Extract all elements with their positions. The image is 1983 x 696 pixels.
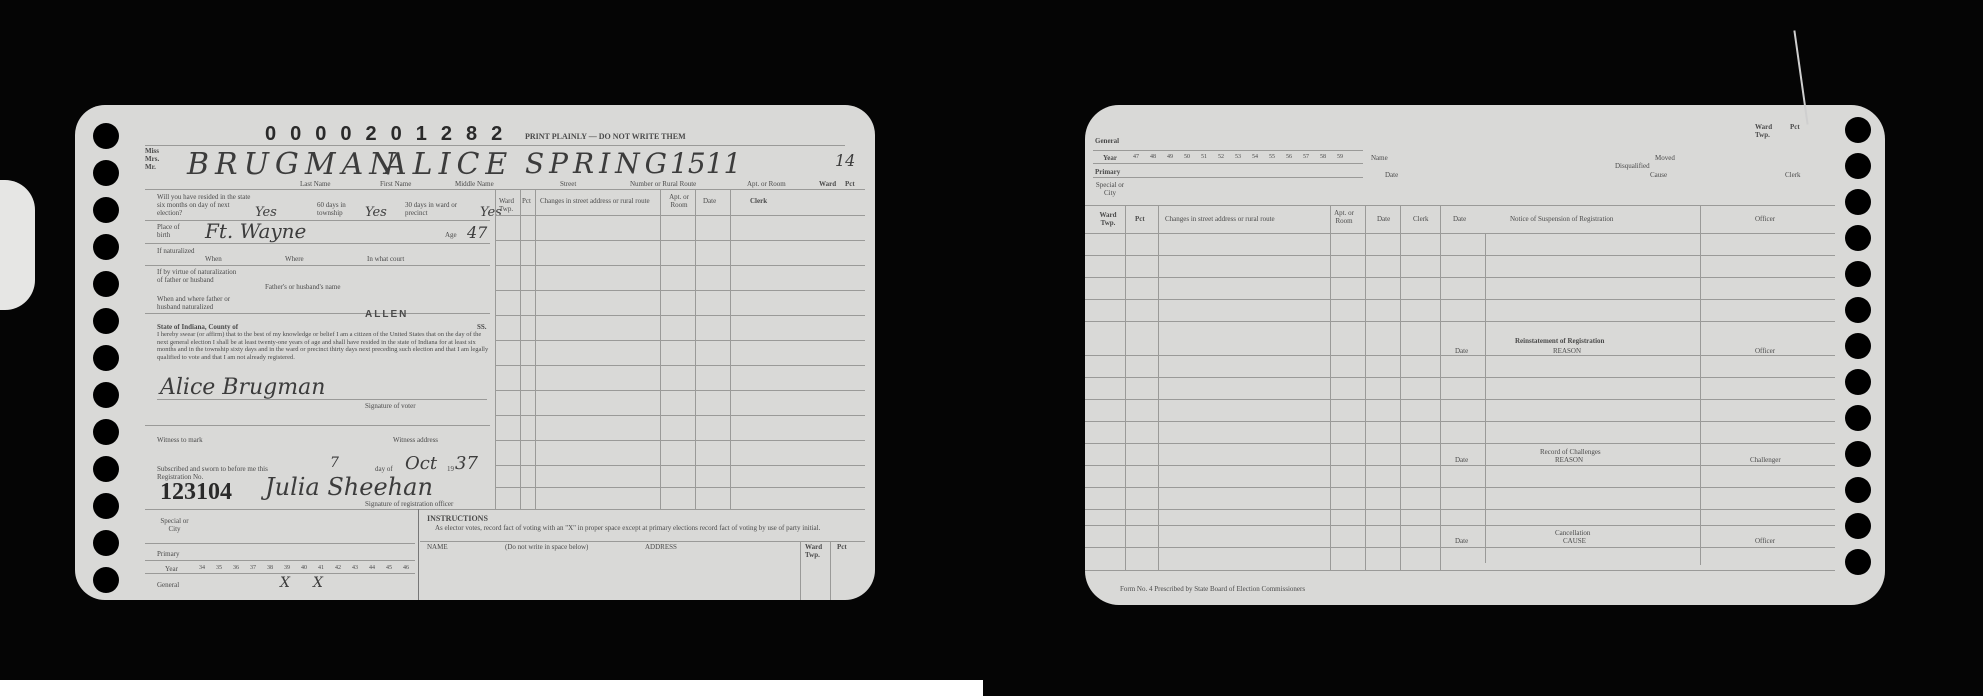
instructions-text: As elector votes, record fact of voting … (435, 524, 835, 532)
front-col-date: Date (703, 197, 716, 205)
street-value: SPRING (525, 147, 672, 180)
birthplace-value: Ft. Wayne (205, 219, 306, 243)
registration-card-back: General Year Primary Special or City 47 … (1085, 105, 1885, 605)
apt-room-label: Apt. or Room (747, 180, 786, 188)
first-name-value: ALICE (385, 147, 513, 182)
punch-hole (1845, 513, 1871, 539)
year-cell: 50 (1178, 154, 1196, 160)
punch-hole (93, 493, 119, 519)
back-col-date: Date (1377, 215, 1390, 223)
instr-do-not-write: (Do not write in space below) (505, 543, 588, 551)
year-cell: 41 (312, 565, 330, 571)
year-cell: 34 (193, 565, 211, 571)
back-date-label: Date (1385, 171, 1398, 179)
year-cell: 52 (1212, 154, 1230, 160)
punch-hole (1845, 117, 1871, 143)
punch-hole (93, 197, 119, 223)
punch-hole (93, 271, 119, 297)
instr-address-label: ADDRESS (645, 543, 677, 551)
number-label: Number or Rural Route (630, 180, 696, 188)
year-cell: 51 (1195, 154, 1213, 160)
back-name-label: Name (1371, 154, 1388, 162)
last-name-value: BRUGMAN (187, 147, 402, 182)
back-col-apt: Apt. or Room (1330, 209, 1358, 225)
year-cell: 53 (1229, 154, 1247, 160)
year-cell: 45 (380, 565, 398, 571)
state-county-label: State of Indiana, County of (157, 323, 238, 331)
back-clerk-label: Clerk (1785, 171, 1801, 179)
row-primary: Primary (157, 550, 180, 558)
first-name-label: First Name (380, 180, 411, 188)
form-footer: Form No. 4 Prescribed by State Board of … (1120, 585, 1305, 593)
suspension-col-notice: Notice of Suspension of Registration (1510, 215, 1613, 223)
challenge-col-date: Date (1455, 456, 1468, 464)
officer-signature-label: Signature of registration officer (365, 500, 453, 508)
punch-hole (1845, 441, 1871, 467)
day-of-label: day of (375, 465, 393, 473)
reinstatement-col-date: Date (1455, 347, 1468, 355)
township-label: 60 days in township (317, 201, 367, 217)
township-answer: Yes (365, 205, 387, 220)
punch-hole (1845, 405, 1871, 431)
naturalized-where-label: Where (285, 255, 304, 263)
last-name-label: Last Name (300, 180, 331, 188)
row-general: General (157, 581, 179, 589)
punch-hole (1845, 261, 1871, 287)
punch-hole (1845, 333, 1871, 359)
punch-hole (1845, 477, 1871, 503)
ward-pct-value: 14 (835, 151, 855, 170)
punch-hole (1845, 297, 1871, 323)
instr-name-label: NAME (427, 543, 448, 551)
year-cell: 37 (244, 565, 262, 571)
punch-hole (93, 234, 119, 260)
punch-hole (93, 419, 119, 445)
punch-hole (93, 530, 119, 556)
subscribed-label: Subscribed and sworn to before me this (157, 465, 268, 473)
front-col-ward: Ward Twp. (499, 197, 519, 213)
witness-address-label: Witness address (393, 436, 438, 444)
suspension-col-date: Date (1453, 215, 1466, 223)
front-col-clerk: Clerk (750, 197, 767, 205)
year-cell: 42 (329, 565, 347, 571)
voter-signature: Alice Brugman (160, 375, 325, 400)
serial-number: 0000201282 (265, 123, 516, 146)
reinstatement-col-reason: REASON (1553, 347, 1581, 355)
back-col-ward: Ward Twp. (1097, 211, 1119, 227)
back-moved-label: Moved (1655, 154, 1675, 162)
year-cell: 46 (397, 565, 415, 571)
father-when-where-label: When and where father or husband natural… (157, 295, 247, 311)
year-cell: 40 (295, 565, 313, 571)
oath-text: I hereby swear (or affirm) that to the b… (157, 331, 492, 361)
punch-hole (1845, 549, 1871, 575)
year-cell: 55 (1263, 154, 1281, 160)
cancellation-col-cause: CAUSE (1563, 537, 1586, 545)
vote-mark: X (313, 575, 323, 591)
reinstatement-title: Reinstatement of Registration (1515, 337, 1604, 345)
year-cell: 58 (1314, 154, 1332, 160)
row-year: Year (165, 565, 178, 573)
year-cell: 35 (210, 565, 228, 571)
header-note: PRINT PLAINLY — DO NOT WRITE THEM (525, 133, 686, 141)
year-cell: 36 (227, 565, 245, 571)
back-row-special: Special or City (1095, 181, 1125, 197)
year-prefix: 19 (447, 465, 454, 473)
back-pct-label: Pct (1790, 123, 1800, 131)
back-col-pct: Pct (1135, 215, 1145, 223)
ward-label: Ward (819, 180, 836, 188)
back-cause-label: Cause (1650, 171, 1667, 179)
voter-signature-label: Signature of voter (365, 402, 416, 410)
street-label: Street (560, 180, 576, 188)
year-cell: 43 (346, 565, 364, 571)
honorific-miss: Miss (145, 147, 159, 155)
challenge-title: Record of Challenges (1540, 448, 1601, 456)
age-label: Age (445, 231, 457, 239)
naturalized-label: If naturalized (157, 247, 195, 255)
father-name-label: Father's or husband's name (265, 283, 340, 291)
birthplace-label: Place of birth (157, 223, 192, 239)
punch-hole (93, 123, 119, 149)
instructions-title: INSTRUCTIONS (427, 515, 488, 523)
year-cell: 54 (1246, 154, 1264, 160)
back-disqualified-label: Disqualified (1615, 162, 1650, 170)
back-row-primary: Primary (1095, 168, 1120, 176)
punch-hole (1845, 225, 1871, 251)
ss-label: SS. (477, 323, 487, 331)
cancellation-col-officer: Officer (1755, 537, 1775, 545)
age-value: 47 (467, 223, 487, 242)
punch-hole (1845, 153, 1871, 179)
day-value: 7 (330, 455, 339, 471)
year-cell: 56 (1280, 154, 1298, 160)
registration-number: 123104 (160, 479, 232, 506)
year-cell: 49 (1161, 154, 1179, 160)
cancellation-col-date: Date (1455, 537, 1468, 545)
year-cell: 38 (261, 565, 279, 571)
punch-hole (93, 345, 119, 371)
registration-card-front: 0000201282 PRINT PLAINLY — DO NOT WRITE … (75, 105, 875, 600)
back-row-year: Year (1103, 154, 1117, 162)
year-cell: 39 (278, 565, 296, 571)
back-col-changes: Changes in street address or rural route (1165, 215, 1275, 223)
ward-residency-label: 30 days in ward or precinct (405, 201, 470, 217)
front-col-apt: Apt. or Room (665, 193, 693, 209)
middle-name-label: Middle Name (455, 180, 494, 188)
officer-signature: Julia Sheehan (265, 473, 433, 501)
reinstatement-col-officer: Officer (1755, 347, 1775, 355)
scan-margin (0, 680, 983, 696)
instr-ward-label: Ward Twp. (805, 543, 825, 559)
punch-hole (93, 382, 119, 408)
back-ward-label: Ward Twp. (1755, 123, 1775, 139)
pct-label: Pct (845, 180, 855, 188)
year-cell: 47 (1127, 154, 1145, 160)
father-naturalization-label: If by virtue of naturalization of father… (157, 268, 237, 284)
street-number-value: 1511 (670, 147, 741, 180)
state-residency-answer: Yes (255, 205, 277, 220)
honorific-mr: Mr. (145, 163, 156, 171)
month-value: Oct (405, 453, 437, 474)
back-row-general: General (1095, 137, 1119, 145)
punch-hole (1845, 369, 1871, 395)
year-cell: 44 (363, 565, 381, 571)
back-col-clerk: Clerk (1413, 215, 1429, 223)
punch-hole (93, 456, 119, 482)
naturalized-when-label: When (205, 255, 222, 263)
vote-mark: X (280, 575, 290, 591)
year-cell: 57 (1297, 154, 1315, 160)
naturalized-court-label: In what court (367, 255, 404, 263)
front-col-pct: Pct (522, 197, 531, 205)
row-special-city: Special or City (157, 517, 192, 533)
honorific-mrs: Mrs. (145, 155, 159, 163)
year-cell: 48 (1144, 154, 1162, 160)
adjacent-card-edge (0, 180, 35, 310)
cancellation-title: Cancellation (1555, 529, 1590, 537)
punch-hole (1845, 189, 1871, 215)
front-col-changes: Changes in street address or rural route (540, 197, 650, 205)
year-cell: 59 (1331, 154, 1349, 160)
punch-hole (93, 308, 119, 334)
punch-hole (93, 160, 119, 186)
challenge-col-reason: REASON (1555, 456, 1583, 464)
witness-label: Witness to mark (157, 436, 203, 444)
state-residency-question: Will you have resided in the state six m… (157, 193, 252, 217)
suspension-col-officer: Officer (1755, 215, 1775, 223)
county-value: ALLEN (365, 311, 408, 319)
year-value: 37 (455, 453, 478, 474)
instr-pct-label: Pct (837, 543, 847, 551)
challenge-col-challenger: Challenger (1750, 456, 1781, 464)
punch-hole (93, 567, 119, 593)
